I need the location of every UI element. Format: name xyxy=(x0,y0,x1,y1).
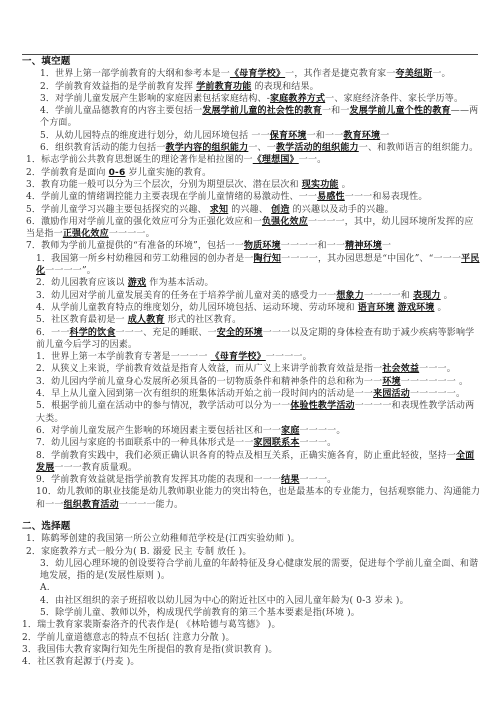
answer-text: 体验性教学活动 xyxy=(290,401,354,411)
question-text: 1．世界上第一部学前教育的大纲和参考本是一 xyxy=(40,69,230,79)
choice-item: 3．幼儿园心理环境的创设要符合学前儿童的年龄特征及身心健康发展的需要，促进每个学… xyxy=(22,558,482,583)
fill-in-item: 2．学前教育是面向 0-6 岁儿童实施的教育。 xyxy=(22,167,482,179)
question-text: 3．幼儿园对学前儿童发展美育的任务在于培养学前儿童对美的感受力一一 xyxy=(36,291,336,301)
question-text: 2．幼儿园教育应该以 xyxy=(36,278,128,288)
question-text: 一、和教师语言的组织能力。 xyxy=(359,143,479,153)
answer-text: 教育环境 xyxy=(343,131,380,141)
fill-in-item: 4．学前儿童品德教育的内容主要包括一发展学前儿童的社会性的教育一和一发展学前儿童… xyxy=(22,105,482,130)
answer-text: 成人教育 xyxy=(128,315,165,325)
question-text: 岁儿童实施的教育。 xyxy=(125,168,211,178)
question-text: 2．学前教育效益指的是学前教育发挥 xyxy=(40,82,196,92)
question-text: 形式的社区教育。 xyxy=(165,315,242,325)
answer-text: 正强化效应 xyxy=(63,229,109,239)
question-text: 。 xyxy=(441,291,453,301)
choice-item: 3．我国伟大教育家陶行知先生所提倡的教育是指(赏识教育 )。 xyxy=(22,644,482,656)
question-text: 6．对学前儿童发展产生影响的环境因素主要包括社区和一一 xyxy=(36,426,281,436)
answer-text: 教学活动的组织能力 xyxy=(276,143,359,153)
choice-item: 1．瑞士教育家裴斯泰洛齐的代表作是( 《林哈德与葛笃德》 )。 xyxy=(22,619,482,631)
question-text: 3．教育功能一般可以分为三个层次，分别为期望层次、潜在层次和 xyxy=(26,180,302,190)
question-text: 6．激励作用对学前儿童的强化效应可分为正强化效应和一 xyxy=(26,217,262,227)
question-text: 3．对学前儿童发展产生影响的家庭因素包括家庭结构、- xyxy=(40,94,270,104)
question-text: 。 xyxy=(339,180,351,190)
question-text: 一一一一”。 xyxy=(45,266,96,276)
question-text: 的表现和结果。 xyxy=(251,82,318,92)
fill-in-item: 3．幼儿园对学前儿童发展美育的任务在于培养学前儿童对美的感受力一一想象力一一一一… xyxy=(22,290,482,302)
question-text: 一一。 xyxy=(299,155,327,165)
question-text: 4．学前儿童品德教育的内容主要包括一 xyxy=(40,106,202,116)
document-page: 一、填空题 1．世界上第一部学前教育的大纲和参考本是一《母育学校》一，其作者是捷… xyxy=(0,0,500,707)
fill-in-item: 1．世界上第一部学前教育的大纲和参考本是一《母育学校》一，其作者是捷克教育家一夸… xyxy=(22,68,482,80)
fill-in-item: 4．学前儿童的情绪调控能力主要表现在学前儿童情绪的易激动性、一一易感性一一一和易… xyxy=(22,191,482,203)
question-text: 2．从狭义上来说，学前教育效益是指育人效益，而从广义上来讲学前教育效益是指一 xyxy=(36,364,382,374)
question-text: 一一一。 xyxy=(300,438,337,448)
answer-text: 社会效益 xyxy=(382,364,419,374)
question-text: 一一一一和一一 xyxy=(281,241,345,251)
fill-in-item: 2．学前教育效益指的是学前教育发挥 学前教育功能 的表现和结果。 xyxy=(22,81,482,93)
question-text: 一一一一一。 xyxy=(410,389,465,399)
question-text: 一 xyxy=(382,241,391,251)
fill-in-item: 5．学前儿童学习兴趣主要包括探究的兴趣、 求知 的兴趣、 创造 的兴趣以及动手的… xyxy=(22,204,482,216)
question-text: 一一一一。 xyxy=(266,352,312,362)
answer-text: 《理想国》 xyxy=(253,155,299,165)
question-text: 一一一一。 xyxy=(109,229,155,239)
question-text: 5．学前儿童学习兴趣主要包括探究的兴趣、 xyxy=(26,205,210,215)
fill-in-item: 3．教育功能一般可以分为三个层次，分别为期望层次、潜在层次和 现实功能 。 xyxy=(22,179,482,191)
question-text: 7．幼儿园与家庭的书面联系中的一种具体形式是一一 xyxy=(36,438,254,448)
answer-text: 《母育学校》 xyxy=(211,352,266,362)
answer-text: 结果 xyxy=(281,475,299,485)
answer-text: 家园联系本 xyxy=(254,438,300,448)
fill-in-item: 2．从狭义上来说，学前教育效益是指育人效益，而从广义上来讲学前教育效益是指一社会… xyxy=(22,363,482,375)
question-text: 一和一一 xyxy=(307,131,344,141)
fill-in-item: 8．学前教育实践中，我们必须正确认识各育的特点及相互关系，正确实施各育，防止重此… xyxy=(22,450,482,475)
choice-item: 2．家庭教养方式一般分为( B. 溺爱 民主 专制 放任 )。 xyxy=(22,546,482,558)
answer-text: 求知 xyxy=(210,205,228,215)
answer-text: 物质环境 xyxy=(244,241,281,251)
fill-in-item: 1．世界上第一本学前教育专著是一一一一 《母育学校》一一一一。 xyxy=(22,351,482,363)
choice-item: A. xyxy=(22,582,482,594)
header-rule xyxy=(22,54,478,55)
fill-in-item: 3．对学前儿童发展产生影响的家庭因素包括家庭结构、-家庭教养方式一、家庭经济条件… xyxy=(22,93,482,105)
answer-text: 创造 xyxy=(271,205,289,215)
answer-text: 精神环境 xyxy=(345,241,382,251)
question-text: 8．学前教育实践中，我们必须正确认识各育的特点及相互关系，正确实施各育，防止重此… xyxy=(36,451,456,461)
question-text: 的兴趣、 xyxy=(228,205,271,215)
question-text: 一一一。 xyxy=(300,475,337,485)
choice-item: 2．学前儿童道德意志的特点不包括( 注意力分散 )。 xyxy=(22,632,482,644)
question-text: 一一一教育质量观。 xyxy=(54,463,137,473)
fill-in-item: 5．从幼儿园特点的维度进行划分，幼儿园环境包括 一一保育环境一和一一教育环境一 xyxy=(22,130,482,142)
fill-in-item: 6．一一科学的饮食一一一、充足的睡眠、一安全的环境一一一以及定期的身体检查有助于… xyxy=(22,327,482,352)
section-title-multiple-choice: 二、选择题 xyxy=(22,521,482,533)
question-text: 作为基本活动。 xyxy=(146,278,213,288)
question-text: 一一一一能力。 xyxy=(119,500,183,510)
answer-text: 发展学前儿童的社会性的教育 xyxy=(202,106,322,116)
answer-text: 游戏 xyxy=(128,278,146,288)
question-text: 9．学前教育效益就是指学前教育发挥其功能的表现和一一一 xyxy=(36,475,281,485)
choice-item: 5．除学前儿童、教师以外，构成现代学前教育的第三个基本要素是指(环境 )。 xyxy=(22,607,482,619)
question-text: 4．学前儿童的情绪调控能力主要表现在学前儿童情绪的易激动性、一一 xyxy=(26,192,317,202)
answer-text: 家庭教养方式 xyxy=(270,94,325,104)
question-text: 6．组织教育活动的能力包括一 xyxy=(40,143,166,153)
fill-in-item: 3．幼儿园内学前儿童身心发展所必须具备的一切物质条件和精神条件的总和称为一一环境… xyxy=(22,376,482,388)
section-title-fill-in-blank: 一、填空题 xyxy=(22,56,482,68)
question-text: 5．根据学前儿童在活动中的参与情况，教学活动可以分为一一 xyxy=(36,401,290,411)
question-text: 一一一一。 xyxy=(300,426,346,436)
answer-text: 组织教育活动 xyxy=(64,500,119,510)
answer-text: 来园活动 xyxy=(373,389,410,399)
fill-in-item: 4．早上从儿童入园到第一次有组织的班集体活动开始之前一段时间内的活动是一一来园活… xyxy=(22,388,482,400)
answer-text: 环境 xyxy=(382,377,400,387)
question-text: 2．学前教育是面向 xyxy=(26,168,109,178)
question-text: 7．教师为学前儿童提供的“有准备的环境”，包括一一 xyxy=(26,241,244,251)
answer-text: 负强化效应 xyxy=(262,217,308,227)
fill-in-item: 7．教师为学前儿童提供的“有准备的环境”，包括一一物质环境一一一一和一一精神环境… xyxy=(22,240,482,252)
fill-in-item: 5．根据学前儿童在活动中的参与情况，教学活动可以分为一一体验性教学活动一一一一和… xyxy=(22,400,482,425)
fill-in-item: 9．学前教育效益就是指学前教育发挥其功能的表现和一一一结果一一一。 xyxy=(22,474,482,486)
question-text: 一一一、充足的睡眠、一 xyxy=(116,328,217,338)
question-text: 一。 xyxy=(432,69,450,79)
question-text: 1．我国第一所乡村幼稚园和劳工幼稚园的创办者是一 xyxy=(36,254,254,264)
question-text: 1．世界上第一本学前教育专著是一一一一 xyxy=(36,352,211,362)
question-text: 一一一一和 xyxy=(364,291,413,301)
fill-in-item: 4．从学前儿童教育特点的维度划分，幼儿园环境包括、运动环境、劳动环境和 语言环境… xyxy=(22,302,482,314)
question-text: 。 xyxy=(434,303,446,313)
question-text: 3．幼儿园内学前儿童身心发展所必须具备的一切物质条件和精神条件的总和称为一一 xyxy=(36,377,382,387)
multiple-choice-list: 1．陈鹤琴创建的我国第一所公立幼稚师范学校是(江西实验幼师 )。2．家庭教养方式… xyxy=(22,533,482,668)
question-text: 一 xyxy=(380,131,389,141)
fill-in-item: 6．组织教育活动的能力包括一教学内容的组织能力一、一教学活动的组织能力一、和教师… xyxy=(22,142,482,154)
document-body: 一、填空题 1．世界上第一部学前教育的大纲和参考本是一《母育学校》一，其作者是捷… xyxy=(22,56,482,669)
question-text: 一一一一一一 。 xyxy=(401,377,468,387)
answer-text: 《母育学校》 xyxy=(230,69,285,79)
fill-in-item: 6．激励作用对学前儿童的强化效应可分为正强化效应和一负强化效应一一一一，其中，幼… xyxy=(22,216,482,241)
choice-item: 1．陈鹤琴创建的我国第一所公立幼稚师范学校是(江西实验幼师 )。 xyxy=(22,533,482,545)
choice-item: 4．由社区组织的亲子班招收以幼儿园为中心的附近社区中的入园儿童年龄为( 0-3 … xyxy=(22,595,482,607)
answer-text: 发展学前儿童个性的教育 xyxy=(350,106,451,116)
question-text: 1．标志学前公共教育思想诞生的理论著作是柏拉图的一 xyxy=(26,155,253,165)
answer-text: 夸美纽斯 xyxy=(396,69,433,79)
answer-text: 0-6 xyxy=(109,168,126,178)
question-text: 一一一。 xyxy=(419,364,456,374)
answer-text: 学前教育功能 xyxy=(196,82,251,92)
question-text: 5．从幼儿园特点的维度进行划分，幼儿园环境包括 一一 xyxy=(40,131,270,141)
answer-text: 表现力 xyxy=(413,291,441,301)
answer-text: 想象力 xyxy=(336,291,364,301)
question-text: 一、一 xyxy=(248,143,276,153)
question-text: 一一一和易表现性。 xyxy=(345,192,428,202)
fill-in-item: 6．对学前儿童发展产生影响的环境因素主要包括社区和一一家庭一一一一。 xyxy=(22,425,482,437)
answer-text: 科学的饮食 xyxy=(70,328,116,338)
answer-text: 现实功能 xyxy=(302,180,339,190)
fill-in-item: 10．幼儿教师的职业技能是幼儿教师职业能力的突出特色，也是最基本的专业能力，包括… xyxy=(22,486,482,511)
answer-text: 保育环境 xyxy=(270,131,307,141)
fill-in-item: 1．我国第一所乡村幼稚园和劳工幼稚园的创办者是一陶行知一一一一，其办园思想是“中… xyxy=(22,253,482,278)
question-text: 5．社区教育最初是一 xyxy=(36,315,128,325)
question-text: 4．早上从儿童入园到第一次有组织的班集体活动开始之前一段时间内的活动是一一 xyxy=(36,389,373,399)
choice-item: 4．社区教育起源于(丹麦 )。 xyxy=(22,656,482,668)
question-text: 一，其作者是捷克教育家一 xyxy=(285,69,395,79)
question-text: 6．一一 xyxy=(36,328,70,338)
question-text: 一一一一，其办园思想是“中国化”、“一一一 xyxy=(281,254,461,264)
answer-text: 易感性 xyxy=(317,192,345,202)
answer-text: 家庭 xyxy=(281,426,299,436)
question-text: 4．从学前儿童教育特点的维度划分，幼儿园环境包括、运动环境、劳动环境和 xyxy=(36,303,358,313)
fill-in-item: 2．幼儿园教育应该以 游戏 作为基本活动。 xyxy=(22,277,482,289)
answer-text: 教学内容的组织能力 xyxy=(166,143,249,153)
question-text: 的兴趣以及动手的兴趣。 xyxy=(290,205,394,215)
question-text: 一、家庭经济条件、家长学历等。 xyxy=(325,94,463,104)
answer-text: 语言环境 xyxy=(358,303,395,313)
fill-in-blank-list: 1．世界上第一部学前教育的大纲和参考本是一《母育学校》一，其作者是捷克教育家一夸… xyxy=(22,68,482,511)
answer-text: 陶行知 xyxy=(254,254,282,264)
answer-text: 游戏环境 xyxy=(398,303,435,313)
answer-text: 安全的环境 xyxy=(217,328,263,338)
fill-in-item: 7．幼儿园与家庭的书面联系中的一种具体形式是一一家园联系本一一一。 xyxy=(22,437,482,449)
question-text: 一和一 xyxy=(322,106,350,116)
fill-in-item: 5．社区教育最初是一 成人教育 形式的社区教育。 xyxy=(22,314,482,326)
fill-in-item: 1．标志学前公共教育思想诞生的理论著作是柏拉图的一《理想国》一一。 xyxy=(22,154,482,166)
